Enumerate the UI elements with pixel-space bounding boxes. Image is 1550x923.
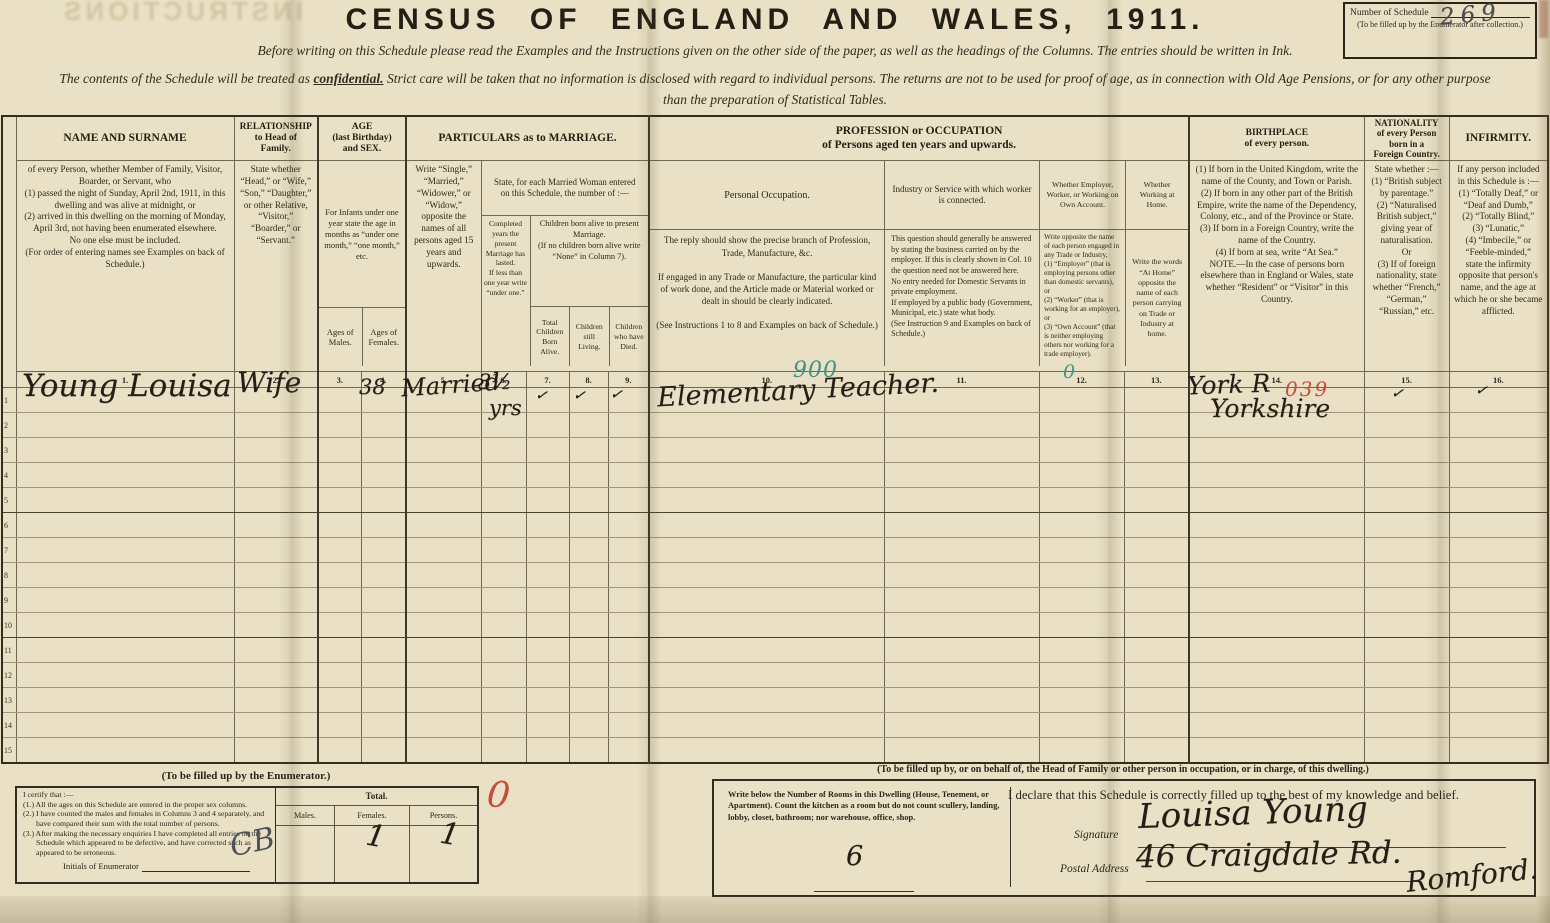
column-number: 15.: [1364, 372, 1449, 388]
entry-cell: [1124, 463, 1189, 488]
entry-cell: [649, 413, 884, 438]
entry-cell: [1449, 588, 1548, 613]
entry-cell: [649, 438, 884, 463]
entry-cell: [16, 613, 234, 638]
entry-cell: [1039, 688, 1124, 713]
entry-cell: [608, 413, 649, 438]
entry-cell: [526, 563, 569, 588]
entry-cell: [234, 663, 318, 688]
age-column-description: For Infants under one year state the age…: [318, 161, 406, 372]
entry-cell: [1124, 663, 1189, 688]
enumerator-box-heading: (To be filled up by the Enumerator.): [15, 770, 477, 782]
entry-cell: [481, 438, 526, 463]
entry-cell: [1124, 613, 1189, 638]
column-number: 7.: [526, 372, 569, 388]
employment-code-annotation: 0: [1063, 363, 1075, 382]
entry-cell: [1364, 513, 1449, 538]
infirmity-tick: ✓: [1474, 382, 1489, 399]
entry-cell: [526, 413, 569, 438]
entry-cell: [1449, 463, 1548, 488]
row-number-cell: 5: [2, 488, 16, 513]
entry-cell: [1124, 713, 1189, 738]
entry-cell: [481, 513, 526, 538]
entry-cell: [884, 538, 1039, 563]
entry-cell: [406, 488, 481, 513]
entry-cell: [318, 663, 361, 688]
entry-cell: [1039, 563, 1124, 588]
table-row: 9: [2, 588, 1548, 613]
entry-cell: [1364, 438, 1449, 463]
row-number-cell: 13: [2, 688, 16, 713]
age-infants-note: For Infants under one year state the age…: [319, 161, 405, 307]
entry-cell: [1364, 713, 1449, 738]
scan-bottom-shadow: [0, 896, 1550, 923]
entry-cell: [649, 588, 884, 613]
entry-cell: [569, 488, 608, 513]
entry-cell: [1364, 488, 1449, 513]
entry-cell: [1039, 538, 1124, 563]
instruction-line-2-pre: The contents of the Schedule will be tre…: [59, 71, 313, 86]
entry-cell: [16, 638, 234, 663]
entry-cell: [1124, 588, 1189, 613]
scan-edge-artifact: [1539, 0, 1548, 38]
entry-cell: [884, 638, 1039, 663]
children-born-subheader: Total Children Born Alive.: [531, 307, 570, 366]
entry-cell: [608, 713, 649, 738]
entry-cell: [361, 638, 406, 663]
entry-cell: [1364, 563, 1449, 588]
entry-cell: [16, 563, 234, 588]
entry-cell: [1124, 413, 1189, 438]
entry-cell: [406, 438, 481, 463]
entry-cell: [406, 538, 481, 563]
entry-cell: [1449, 413, 1548, 438]
entry-cell: [361, 688, 406, 713]
entry-cell: [1039, 738, 1124, 764]
entry-cell: [481, 488, 526, 513]
row-number-cell: 1: [2, 388, 16, 413]
entry-cell: [1449, 638, 1548, 663]
column-number: 16.: [1449, 372, 1548, 388]
table-row: 15: [2, 738, 1548, 764]
ages-of-females-subheader: Ages of Females.: [362, 308, 406, 366]
totals-title: Total.: [276, 788, 477, 806]
totals-males-cell: [276, 826, 334, 882]
entry-cell: [318, 588, 361, 613]
entry-cell: [1449, 388, 1548, 413]
entry-cell: [649, 713, 884, 738]
entry-cell: [1449, 513, 1548, 538]
entry-cell: [361, 488, 406, 513]
entry-cell: [1039, 438, 1124, 463]
entry-cell: [884, 613, 1039, 638]
entry-cell: [884, 413, 1039, 438]
entry-cell: [526, 688, 569, 713]
entry-cell: [608, 563, 649, 588]
entry-cell: [1449, 538, 1548, 563]
entry-cell: [1189, 613, 1364, 638]
relationship-column-description: State whether “Head,” or “Wife,” “Son,” …: [234, 161, 318, 372]
rooms-count-handwriting: 6: [846, 843, 863, 870]
ages-of-males-subheader: Ages of Males.: [319, 308, 362, 366]
entry-cell: [1124, 688, 1189, 713]
table-row: 11: [2, 638, 1548, 663]
entry-cell: [406, 738, 481, 764]
row-number-cell: 12: [2, 663, 16, 688]
row-number-cell: 10: [2, 613, 16, 638]
entry-cell: [608, 438, 649, 463]
entry-cell: [1449, 738, 1548, 764]
entry-cell: [884, 713, 1039, 738]
entry-cell: [234, 638, 318, 663]
instruction-line-2: The contents of the Schedule will be tre…: [8, 69, 1542, 111]
entry-cell: [569, 663, 608, 688]
entry-cell: [16, 663, 234, 688]
entry-cell: [234, 513, 318, 538]
entry-cell: [1364, 538, 1449, 563]
entry-cell: [361, 738, 406, 764]
header-age-sex: AGE (last Birthday) and SEX.: [318, 116, 406, 161]
entry-cell: [234, 538, 318, 563]
entry-cell: [481, 713, 526, 738]
entry-cell: [1124, 388, 1189, 413]
working-at-home-description: Write the words “At Home” opposite the n…: [1126, 230, 1188, 366]
entry-cell: [234, 613, 318, 638]
entry-cell: [884, 688, 1039, 713]
entry-cell: [481, 463, 526, 488]
employer-worker-description: Write opposite the name of each person e…: [1040, 230, 1125, 366]
entry-cell: [1039, 613, 1124, 638]
entry-cell: [406, 663, 481, 688]
entry-cell: [608, 613, 649, 638]
dwelling-box-heading: (To be filled up by, or on behalf of, th…: [712, 764, 1534, 775]
row-number-cell: 14: [2, 713, 16, 738]
entry-cell: [318, 413, 361, 438]
entry-cell: [16, 438, 234, 463]
entry-cell: [234, 688, 318, 713]
entry-cell: [1364, 388, 1449, 413]
entry-cell: [234, 713, 318, 738]
header-relationship: RELATIONSHIP to Head of Family.: [234, 116, 318, 161]
children-born-tick: ✓: [534, 387, 549, 404]
entry-cell: [318, 613, 361, 638]
column-number: 3.: [318, 372, 361, 388]
entry-cell: [16, 488, 234, 513]
entry-cell: [649, 488, 884, 513]
entry-cell: [526, 613, 569, 638]
enumerator-check-mark: 0: [485, 777, 512, 815]
entry-cell: [649, 563, 884, 588]
entry-cell: [481, 613, 526, 638]
entry-cell: [406, 688, 481, 713]
personal-occupation-description: The reply should show the precise branch…: [650, 230, 884, 366]
column-number: 12.: [1039, 372, 1124, 388]
entry-cell: [16, 588, 234, 613]
signature-label: Signature: [1074, 829, 1118, 841]
certification-item-2: (2.) I have counted the males and female…: [23, 809, 271, 828]
entry-cell: [406, 588, 481, 613]
entry-cell: [361, 613, 406, 638]
entry-cell: [1124, 563, 1189, 588]
entry-cell: [16, 538, 234, 563]
instruction-line-3: than the preparation of Statistical Tabl…: [8, 90, 1542, 111]
entry-cell: [481, 588, 526, 613]
entry-cell: [318, 638, 361, 663]
entry-cell: [649, 663, 884, 688]
census-schedule-scan: INSTRUCTIONS CENSUS OF ENGLAND AND WALES…: [0, 0, 1550, 923]
entry-cell: [318, 438, 361, 463]
certification-intro: I certify that :—: [23, 790, 271, 800]
entry-cell: [649, 638, 884, 663]
entry-cell: [526, 513, 569, 538]
entry-cell: [569, 638, 608, 663]
row-number-cell: 6: [2, 513, 16, 538]
entry-cell: [234, 563, 318, 588]
entry-cell: [1449, 488, 1548, 513]
entry-cell: [1364, 463, 1449, 488]
signature-handwriting: Louisa Young: [1137, 792, 1368, 834]
entry-cell: [884, 463, 1039, 488]
row-number-cell: 3: [2, 438, 16, 463]
entry-cell: [526, 538, 569, 563]
entry-cell: [1364, 688, 1449, 713]
children-living-subheader: Children still Living.: [569, 307, 609, 366]
entry-cell: [608, 463, 649, 488]
entry-cell: [361, 538, 406, 563]
table-row: 3: [2, 438, 1548, 463]
entry-cell: [608, 513, 649, 538]
column-number: 13.: [1124, 372, 1189, 388]
row-number-cell: 7: [2, 538, 16, 563]
entry-cell: [1189, 513, 1364, 538]
handwritten-schedule-number: 269: [1439, 1, 1503, 29]
entry-cell: [1364, 663, 1449, 688]
entry-cell: [526, 713, 569, 738]
entry-cell: [406, 413, 481, 438]
entry-cell: [361, 563, 406, 588]
entry-cell: [361, 438, 406, 463]
entry-cell: [318, 538, 361, 563]
entry-cell: [1364, 413, 1449, 438]
census-table: NAME AND SURNAME RELATIONSHIP to Head of…: [1, 115, 1549, 764]
infirmity-column-description: If any person included in this Schedule …: [1449, 161, 1548, 372]
entry-cell: [608, 638, 649, 663]
personal-occupation-subheader: Personal Occupation.: [650, 161, 884, 230]
confidential-underlined: confidential.: [313, 71, 383, 86]
entry-cell: [481, 663, 526, 688]
entry-cell: [1189, 713, 1364, 738]
entry-cell: [1449, 613, 1548, 638]
entry-cell: [1449, 688, 1548, 713]
initials-label: Initials of Enumerator: [63, 861, 139, 872]
entry-cell: [569, 413, 608, 438]
entry-cell: [1124, 538, 1189, 563]
handwritten-years-married: 3½: [478, 372, 512, 393]
entry-cell: [649, 538, 884, 563]
entry-cell: [16, 713, 234, 738]
entry-cell: [1189, 438, 1364, 463]
entry-cell: [361, 713, 406, 738]
entry-cell: [526, 638, 569, 663]
entry-cell: [1039, 588, 1124, 613]
header-birthplace: BIRTHPLACE of every person.: [1189, 116, 1364, 161]
entry-cell: [406, 713, 481, 738]
entry-cell: [884, 563, 1039, 588]
nationality-tick: ✓: [1390, 385, 1405, 402]
entry-cell: [884, 438, 1039, 463]
entry-cell: [526, 738, 569, 764]
table-row: 7: [2, 538, 1548, 563]
postal-address-label: Postal Address: [1060, 863, 1129, 875]
entry-cell: [569, 713, 608, 738]
entry-cell: [1124, 738, 1189, 764]
entry-cell: [1189, 638, 1364, 663]
handwritten-relationship: Wife: [237, 369, 301, 397]
entry-cell: [608, 488, 649, 513]
entry-cell: [234, 588, 318, 613]
employer-worker-subheader: Whether Employer, Worker, or Working on …: [1040, 161, 1125, 230]
entry-cell: [1039, 638, 1124, 663]
entry-cell: [1039, 513, 1124, 538]
entry-cell: [526, 438, 569, 463]
entry-cell: [16, 688, 234, 713]
entry-cell: [1124, 513, 1189, 538]
entry-rows: 123456789101112131415: [2, 388, 1548, 764]
birthplace-column-description: (1) If born in the United Kingdom, write…: [1189, 161, 1364, 372]
handwritten-years-unit: yrs: [489, 398, 522, 419]
entry-cell: [649, 738, 884, 764]
entry-cell: [318, 563, 361, 588]
entry-cell: [361, 463, 406, 488]
entry-cell: [1189, 563, 1364, 588]
row-number-cell: 2: [2, 413, 16, 438]
industry-service-description: This question should generally be answer…: [885, 230, 1039, 366]
rooms-entry-line: [814, 891, 914, 892]
postal-address-entry-line: [1146, 881, 1418, 882]
schedule-number-label: Number of Schedule: [1350, 8, 1429, 18]
entry-cell: [1364, 638, 1449, 663]
entry-cell: [1364, 613, 1449, 638]
entry-cell: [1124, 438, 1189, 463]
entry-cell: [884, 488, 1039, 513]
entry-cell: [569, 438, 608, 463]
entry-cell: [608, 738, 649, 764]
entry-cell: [16, 513, 234, 538]
table-row: 8: [2, 563, 1548, 588]
marriage-details-description: State, for each Married Woman entered on…: [481, 161, 649, 372]
children-living-tick: ✓: [572, 387, 587, 404]
entry-cell: [1449, 563, 1548, 588]
entry-cell: [884, 738, 1039, 764]
header-description-row: of every Person, whether Member of Famil…: [2, 161, 1548, 372]
entry-cell: [361, 588, 406, 613]
entry-cell: [481, 638, 526, 663]
entry-cell: [318, 688, 361, 713]
entry-cell: [1189, 463, 1364, 488]
entry-cell: [406, 613, 481, 638]
table-row: 10: [2, 613, 1548, 638]
table-row: 14: [2, 713, 1548, 738]
row-number-cell: 8: [2, 563, 16, 588]
row-number-cell: 15: [2, 738, 16, 764]
entry-cell: [569, 463, 608, 488]
header-group-row: NAME AND SURNAME RELATIONSHIP to Head of…: [2, 116, 1548, 161]
entry-cell: [318, 388, 361, 413]
entry-cell: [1039, 488, 1124, 513]
entry-cell: [16, 463, 234, 488]
entry-cell: [1449, 438, 1548, 463]
entry-cell: [318, 463, 361, 488]
entry-cell: [608, 688, 649, 713]
entry-cell: [406, 563, 481, 588]
entry-cell: [406, 638, 481, 663]
rooms-instruction: Write below the Number of Rooms in this …: [724, 787, 1011, 887]
header-marriage: PARTICULARS as to MARRIAGE.: [406, 116, 649, 161]
instruction-line-1: Before writing on this Schedule please r…: [0, 43, 1550, 59]
children-died-tick: ✓: [609, 386, 624, 403]
totals-males-header: Males.: [276, 806, 334, 825]
header-profession: PROFESSION or OCCUPATION of Persons aged…: [649, 116, 1189, 161]
entry-cell: [1039, 663, 1124, 688]
entry-cell: [1189, 538, 1364, 563]
entry-cell: [406, 463, 481, 488]
entry-cell: [569, 513, 608, 538]
instruction-line-2-post: Strict care will be taken that no inform…: [384, 71, 1491, 86]
years-married-subheader: Completed years the present Marriage has…: [482, 216, 531, 366]
entry-cell: [569, 538, 608, 563]
entry-cell: [234, 463, 318, 488]
working-at-home-subheader: Whether Working at Home.: [1126, 161, 1188, 230]
header-nationality: NATIONALITY of every Person born in a Fo…: [1364, 116, 1449, 161]
entry-cell: [361, 513, 406, 538]
entry-cell: [1039, 463, 1124, 488]
entry-cell: [569, 613, 608, 638]
entry-cell: [649, 688, 884, 713]
entry-cell: [318, 713, 361, 738]
entry-cell: [1039, 713, 1124, 738]
row-number-column-header: [2, 116, 16, 388]
entry-cell: [1364, 738, 1449, 764]
nationality-column-description: State whether :— (1) “British subject by…: [1364, 161, 1449, 372]
entry-cell: [481, 738, 526, 764]
children-died-subheader: Children who have Died.: [609, 307, 649, 366]
row-number-cell: 11: [2, 638, 16, 663]
entry-cell: [608, 538, 649, 563]
enumerator-initials-handwriting: CB: [227, 824, 277, 863]
entry-cell: [234, 738, 318, 764]
entry-cell: [569, 738, 608, 764]
entry-cell: [1189, 663, 1364, 688]
entry-cell: [1039, 388, 1124, 413]
entry-cell: [234, 488, 318, 513]
entry-cell: [318, 738, 361, 764]
entry-cell: [526, 588, 569, 613]
row-number-cell: 9: [2, 588, 16, 613]
postal-address-handwriting: 46 Craigdale Rd.: [1136, 838, 1402, 874]
table-row: 13: [2, 688, 1548, 713]
entry-cell: [569, 563, 608, 588]
entry-cell: [569, 588, 608, 613]
table-row: 6: [2, 513, 1548, 538]
occupation-code-annotation: 900: [793, 360, 838, 382]
entry-cell: [234, 413, 318, 438]
entry-cell: [526, 663, 569, 688]
entry-cell: [481, 563, 526, 588]
entry-cell: [884, 588, 1039, 613]
profession-columns-description: Personal Occupation. The reply should sh…: [649, 161, 1189, 372]
entry-cell: [1039, 413, 1124, 438]
entry-cell: [649, 463, 884, 488]
